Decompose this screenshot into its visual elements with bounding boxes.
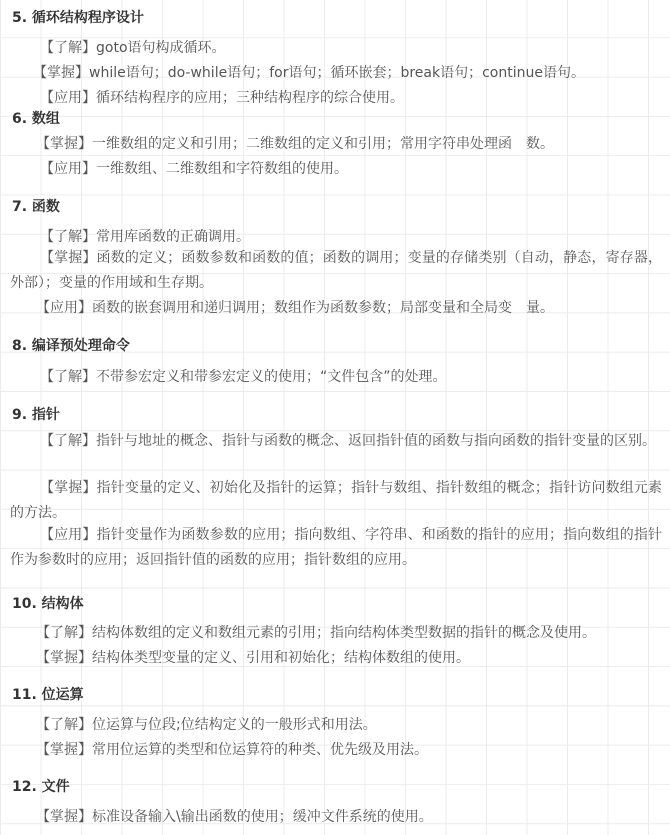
section-heading-pointer: 9. 指针 bbox=[12, 404, 60, 424]
item-master: 【掌握】一维数组的定义和引用；二维数组的定义和引用；常用字符串处理函 数。 bbox=[36, 133, 554, 153]
item-understand: 【了解】结构体数组的定义和数组元素的引用；指向结构体类型数据的指针的概念及使用。 bbox=[36, 622, 596, 642]
item-master: 【掌握】常用位运算的类型和位运算符的种类、优先级及用法。 bbox=[36, 739, 428, 759]
item-understand: 【了解】常用库函数的正确调用。 bbox=[40, 226, 250, 246]
item-understand: 【了解】不带参宏定义和带参宏定义的使用；“文件包含”的处理。 bbox=[40, 366, 447, 386]
item-master: 【掌握】标准设备输入\输出函数的使用；缓冲文件系统的使用。 bbox=[36, 806, 433, 826]
item-understand: 【了解】位运算与位段;位结构定义的一般形式和用法。 bbox=[36, 714, 377, 734]
item-understand: 【了解】指针与地址的概念、指针与函数的概念、返回指针值的函数与指向函数的指针变量… bbox=[10, 429, 662, 454]
item-apply: 【应用】循环结构程序的应用；三种结构程序的综合使用。 bbox=[40, 87, 404, 107]
item-apply: 【应用】指针变量作为函数参数的应用；指向数组、字符串、和函数的指针的应用；指向数… bbox=[10, 523, 662, 573]
section-heading-file: 12. 文件 bbox=[12, 776, 70, 796]
item-master: 【掌握】函数的定义；函数参数和函数的值；函数的调用；变量的存储类别（自动，静态，… bbox=[10, 246, 662, 296]
section-heading-array: 6. 数组 bbox=[12, 108, 60, 128]
item-apply: 【应用】函数的嵌套调用和递归调用；数组作为函数参数；局部变量和全局变 量。 bbox=[36, 297, 554, 317]
item-master: 【掌握】结构体类型变量的定义、引用和初始化；结构体数组的使用。 bbox=[36, 647, 470, 667]
item-apply: 【应用】一维数组、二维数组和字符数组的使用。 bbox=[40, 158, 348, 178]
item-understand: 【了解】goto语句构成循环。 bbox=[40, 37, 226, 57]
section-heading-struct: 10. 结构体 bbox=[12, 593, 84, 613]
section-heading-loop: 5. 循环结构程序设计 bbox=[12, 7, 144, 27]
section-heading-preprocessor: 8. 编译预处理命令 bbox=[12, 335, 130, 355]
item-master: 【掌握】指针变量的定义、初始化及指针的运算；指针与数组、指针数组的概念；指针访问… bbox=[10, 476, 662, 526]
item-master: 【掌握】while语句；do-while语句；for语句；循环嵌套；break语… bbox=[33, 62, 585, 82]
section-heading-bitwise: 11. 位运算 bbox=[12, 684, 84, 704]
section-heading-function: 7. 函数 bbox=[12, 196, 60, 216]
